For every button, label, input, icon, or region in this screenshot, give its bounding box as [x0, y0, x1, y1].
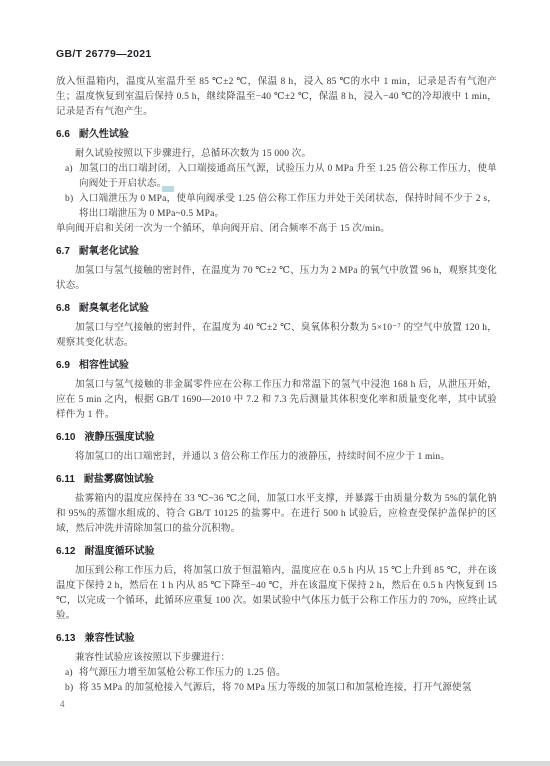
list-item: b)入口端泄压为 0 MPa，使单向阀承受 1.25 倍公称工作压力并处于关闭状… [56, 192, 497, 222]
section-closing-paragraph: 单向阀开启和关闭一次为一个循环，单向阀开启、闭合频率不高于 15 次/min。 [56, 222, 497, 237]
list-item-label: b) [65, 192, 79, 207]
section-title: 液静压强度试验 [84, 432, 154, 443]
list-item-label: a) [65, 666, 79, 681]
scan-artifact-mark [162, 186, 174, 192]
standard-number-header: GB/T 26779—2021 [56, 48, 497, 61]
section-number: 6.11 [56, 474, 75, 485]
section-lead-paragraph: 加氢口与空气接触的密封件，在温度为 40 ℃±2 ℃、臭氧体积分数为 5×10⁻… [56, 321, 497, 351]
section-lead-paragraph: 加压到公称工作压力后，将加氢口放于恒温箱内，温度应在 0.5 h 内从 15 ℃… [56, 564, 497, 624]
list-item: a)加氢口的出口端封闭，入口端接通高压气源，试验压力从 0 MPa 升至 1.2… [56, 162, 497, 192]
section-number: 6.8 [56, 303, 70, 314]
section-number: 6.12 [56, 546, 75, 557]
list-item-text: 将气源压力增至加氢枪公称工作压力的 1.25 倍。 [79, 668, 286, 678]
list-item-label: a) [65, 162, 79, 177]
section-lead-paragraph: 加氢口与氢气接触的密封件，在温度为 70 ℃±2 ℃、压力为 2 MPa 的氧气… [56, 264, 497, 294]
section-title: 耐盐雾腐蚀试验 [84, 474, 154, 485]
section-lead-paragraph: 兼容性试验应该按照以下步骤进行： [56, 651, 497, 666]
list-item-text: 入口端泄压为 0 MPa，使单向阀承受 1.25 倍公称工作压力并处于关闭状态，… [79, 194, 497, 219]
section-number: 6.7 [56, 246, 70, 257]
list-item-text: 加氢口的出口端封闭，入口端接通高压气源，试验压力从 0 MPa 升至 1.25 … [79, 164, 497, 189]
document-page: GB/T 26779—2021 放入恒温箱内，温度从室温升至 85 ℃±2 ℃，… [0, 0, 550, 766]
section-title: 耐臭氧老化试验 [79, 303, 149, 314]
section-heading-6-7: 6.7耐氧老化试验 [56, 245, 497, 259]
section-number: 6.9 [56, 360, 70, 371]
section-heading-6-13: 6.13兼容性试验 [56, 632, 497, 646]
page-number: 4 [60, 699, 65, 710]
section-number: 6.13 [56, 633, 75, 644]
paragraph-continuation: 放入恒温箱内，温度从室温升至 85 ℃±2 ℃，保温 8 h，浸入 85 ℃的水… [56, 75, 497, 120]
list-item-label: b) [65, 681, 79, 696]
page-content: GB/T 26779—2021 放入恒温箱内，温度从室温升至 85 ℃±2 ℃，… [56, 48, 497, 696]
section-title: 相容性试验 [79, 360, 129, 371]
section-lead-paragraph: 将加氢口的出口端密封，并通以 3 倍公称工作压力的液静压，持续时间不应少于 1 … [56, 450, 497, 465]
section-number: 6.6 [56, 129, 70, 140]
section-heading-6-12: 6.12耐温度循环试验 [56, 545, 497, 559]
section-heading-6-11: 6.11耐盐雾腐蚀试验 [56, 473, 497, 487]
section-heading-6-8: 6.8耐臭氧老化试验 [56, 302, 497, 316]
section-number: 6.10 [56, 432, 75, 443]
section-title: 耐久性试验 [79, 129, 129, 140]
list-item: b)将 35 MPa 的加氢枪接入气源后，将 70 MPa 压力等级的加氢口和加… [56, 681, 497, 696]
section-title: 耐氧老化试验 [79, 246, 139, 257]
list-item: a)将气源压力增至加氢枪公称工作压力的 1.25 倍。 [56, 666, 497, 681]
section-title: 耐温度循环试验 [84, 546, 154, 557]
section-lead-paragraph: 耐久试验按照以下步骤进行，总循环次数为 15 000 次。 [56, 147, 497, 162]
section-heading-6-10: 6.10液静压强度试验 [56, 431, 497, 445]
section-heading-6-6: 6.6耐久性试验 [56, 128, 497, 142]
section-lead-paragraph: 加氢口与氢气接触的非金属零件应在公称工作压力和常温下的氢气中浸泡 168 h 后… [56, 378, 497, 423]
list-item-text: 将 35 MPa 的加氢枪接入气源后，将 70 MPa 压力等级的加氢口和加氢枪… [79, 683, 471, 693]
section-heading-6-9: 6.9相容性试验 [56, 359, 497, 373]
section-title: 兼容性试验 [84, 633, 134, 644]
section-lead-paragraph: 盐雾箱内的温度应保持在 33 ℃~36 ℃之间，加氢口水平支撑，并暴露于由质量分… [56, 492, 497, 537]
footer-scan-edge-bar [0, 761, 550, 766]
